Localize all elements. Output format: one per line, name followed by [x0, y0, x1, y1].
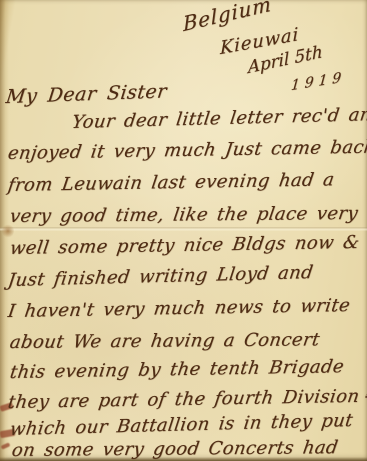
- letter-line-text: they are part of the fourth Division: [7, 386, 361, 413]
- fold-crease: [0, 227, 367, 231]
- letter-line: Just finished writing Lloyd and: [7, 262, 315, 291]
- letter-line: this evening by the tenth Brigade: [9, 356, 346, 383]
- letter-line: very good time, like the place very: [8, 203, 359, 227]
- letter-line: well some pretty nice Bldgs now &: [9, 232, 361, 259]
- letter-line: I haven't very much news to write: [7, 295, 352, 322]
- letter-line: on some very good Concerts had: [10, 437, 339, 461]
- letter-line: they are part of the fourth Divisionwhic…: [7, 385, 367, 413]
- letter-line: Your dear little letter rec'd and: [71, 104, 367, 133]
- letter-line: which our Battallion is in they put: [9, 410, 355, 440]
- letter-page: Belgium Kieuwai April 5th 1919 My Dear S…: [0, 0, 367, 461]
- year-line: 1919: [290, 69, 346, 94]
- greeting-line: My Dear Sister: [5, 80, 169, 108]
- letter-line: enjoyed it very much Just came back: [7, 137, 367, 164]
- letter-line: from Leuwain last evening had a: [7, 169, 336, 196]
- letter-line: about We are having a Concert: [8, 329, 321, 353]
